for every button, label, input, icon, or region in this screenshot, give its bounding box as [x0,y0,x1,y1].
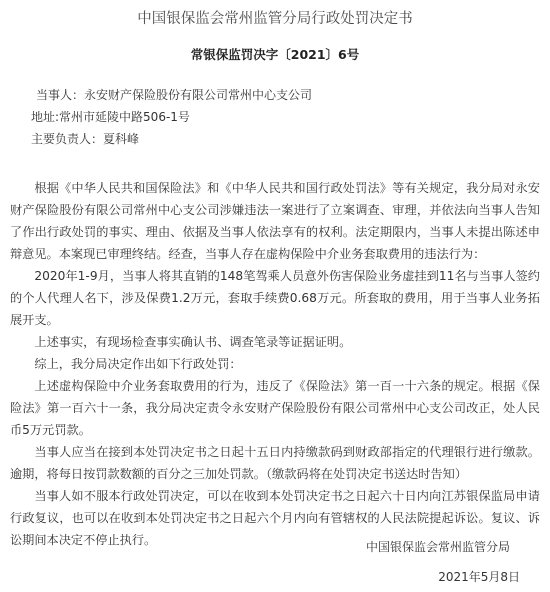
party-principal: 主要负责人：夏科峰 [31,128,139,150]
document-title: 中国银保监会常州监管分局行政处罚决定书 [0,7,550,28]
paragraph-penalty: 上述虚构保险中介业务套取费用的行为，违反了《保险法》第一百一十六条的规定。根据《… [10,375,540,441]
issuing-authority: 中国银保监会常州监管分局 [366,538,510,555]
issue-date: 2021年5月8日 [438,568,520,585]
paragraph-conclusion: 综上，我分局决定作出如下行政处罚： [10,353,540,375]
party-address: 地址:常州市延陵中路506-1号 [31,106,190,128]
decision-body: 根据《中华人民共和国保险法》和《中华人民共和国行政处罚法》等有关规定，我分局对永… [10,177,540,551]
paragraph-evidence: 上述事实，有现场检查事实确认书、调查笔录等证据证明。 [10,331,540,353]
paragraph-basis: 根据《中华人民共和国保险法》和《中华人民共和国行政处罚法》等有关规定，我分局对永… [10,177,540,265]
party-name: 当事人：永安财产保险股份有限公司常州中心支公司 [36,84,312,106]
paragraph-facts: 2020年1-9月，当事人将其直销的148笔驾乘人员意外伤害保险业务虚挂到11名… [10,265,540,331]
document-number: 常银保监罚决字〔2021〕6号 [0,45,550,63]
paragraph-payment: 当事人应当在接到本处罚决定书之日起十五日内持缴款码到财政部指定的代理银行进行缴款… [10,441,540,485]
